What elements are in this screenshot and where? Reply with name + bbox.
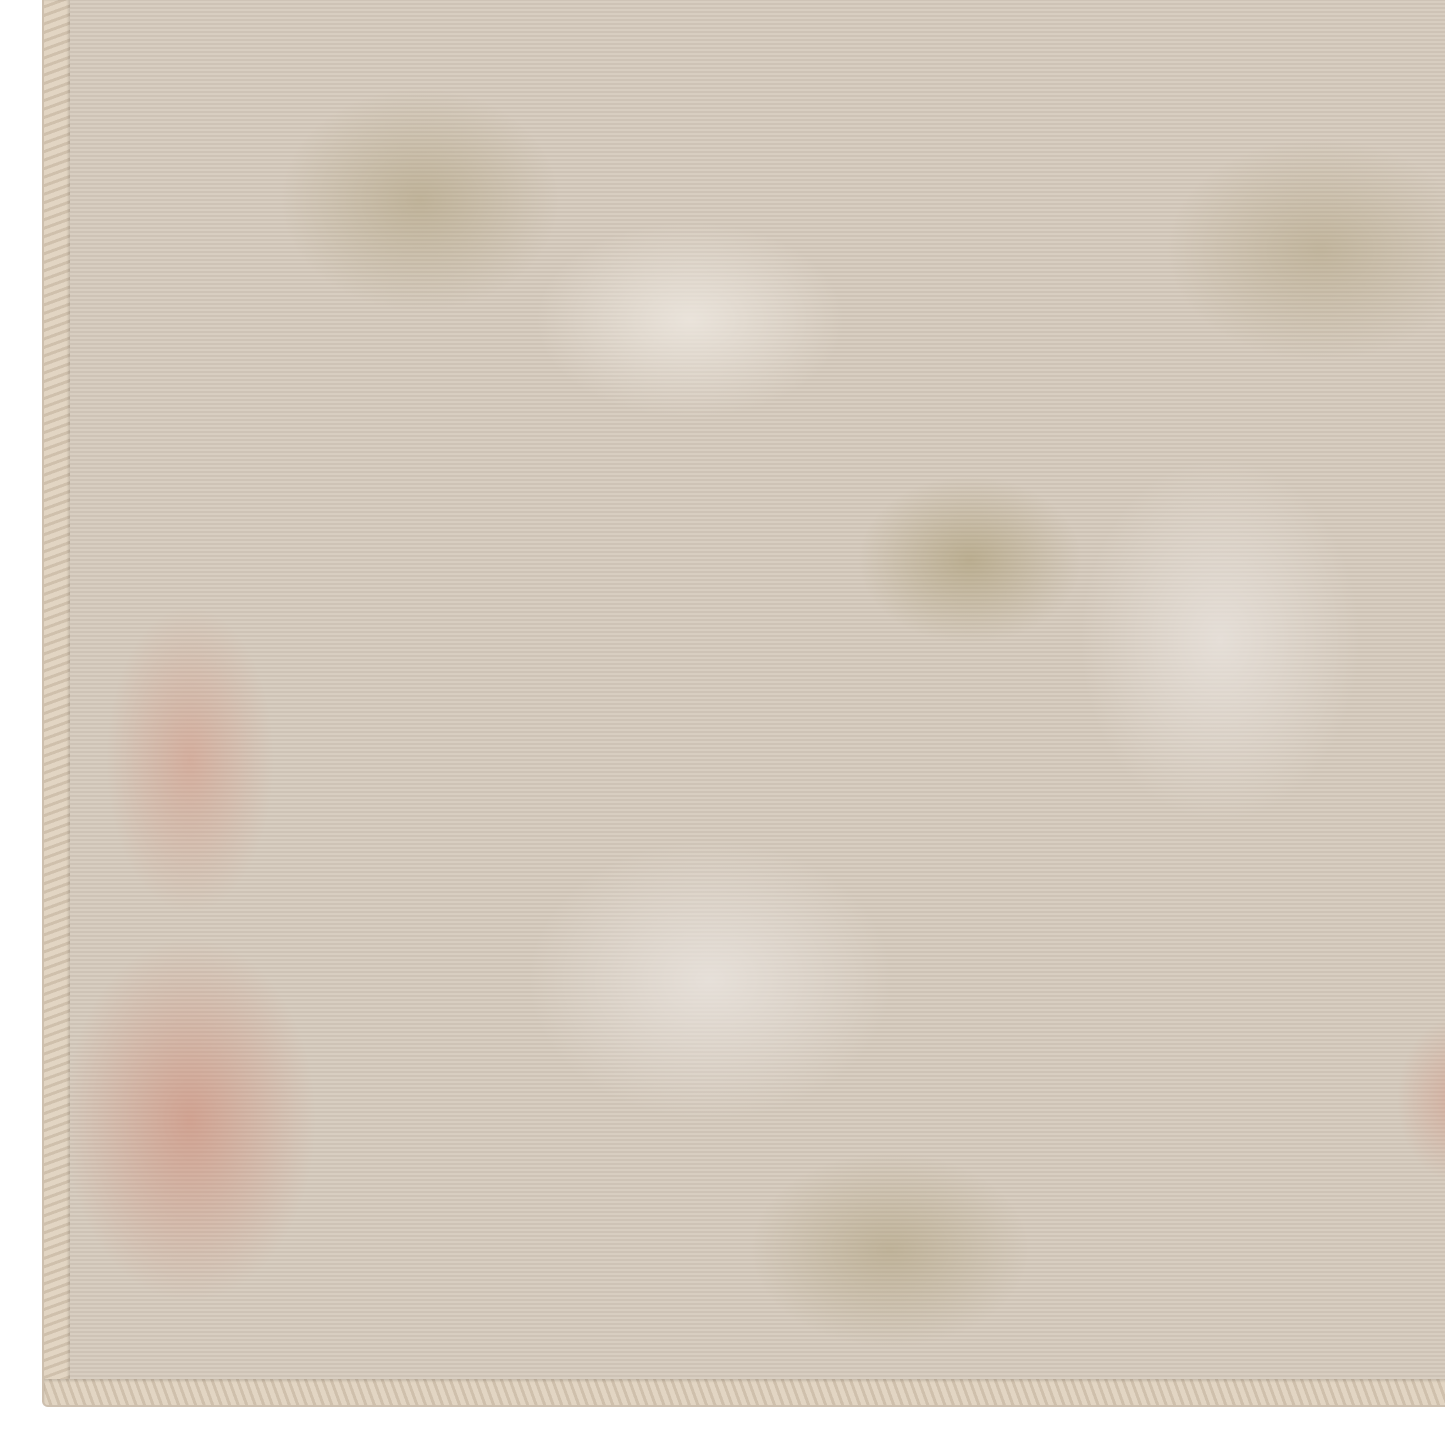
- rug-binding-left-edge: [44, 0, 70, 1405]
- rug-pattern-field: [70, 0, 1445, 1379]
- rug-binding-bottom-edge: [44, 1379, 1445, 1405]
- rug: [42, 0, 1445, 1407]
